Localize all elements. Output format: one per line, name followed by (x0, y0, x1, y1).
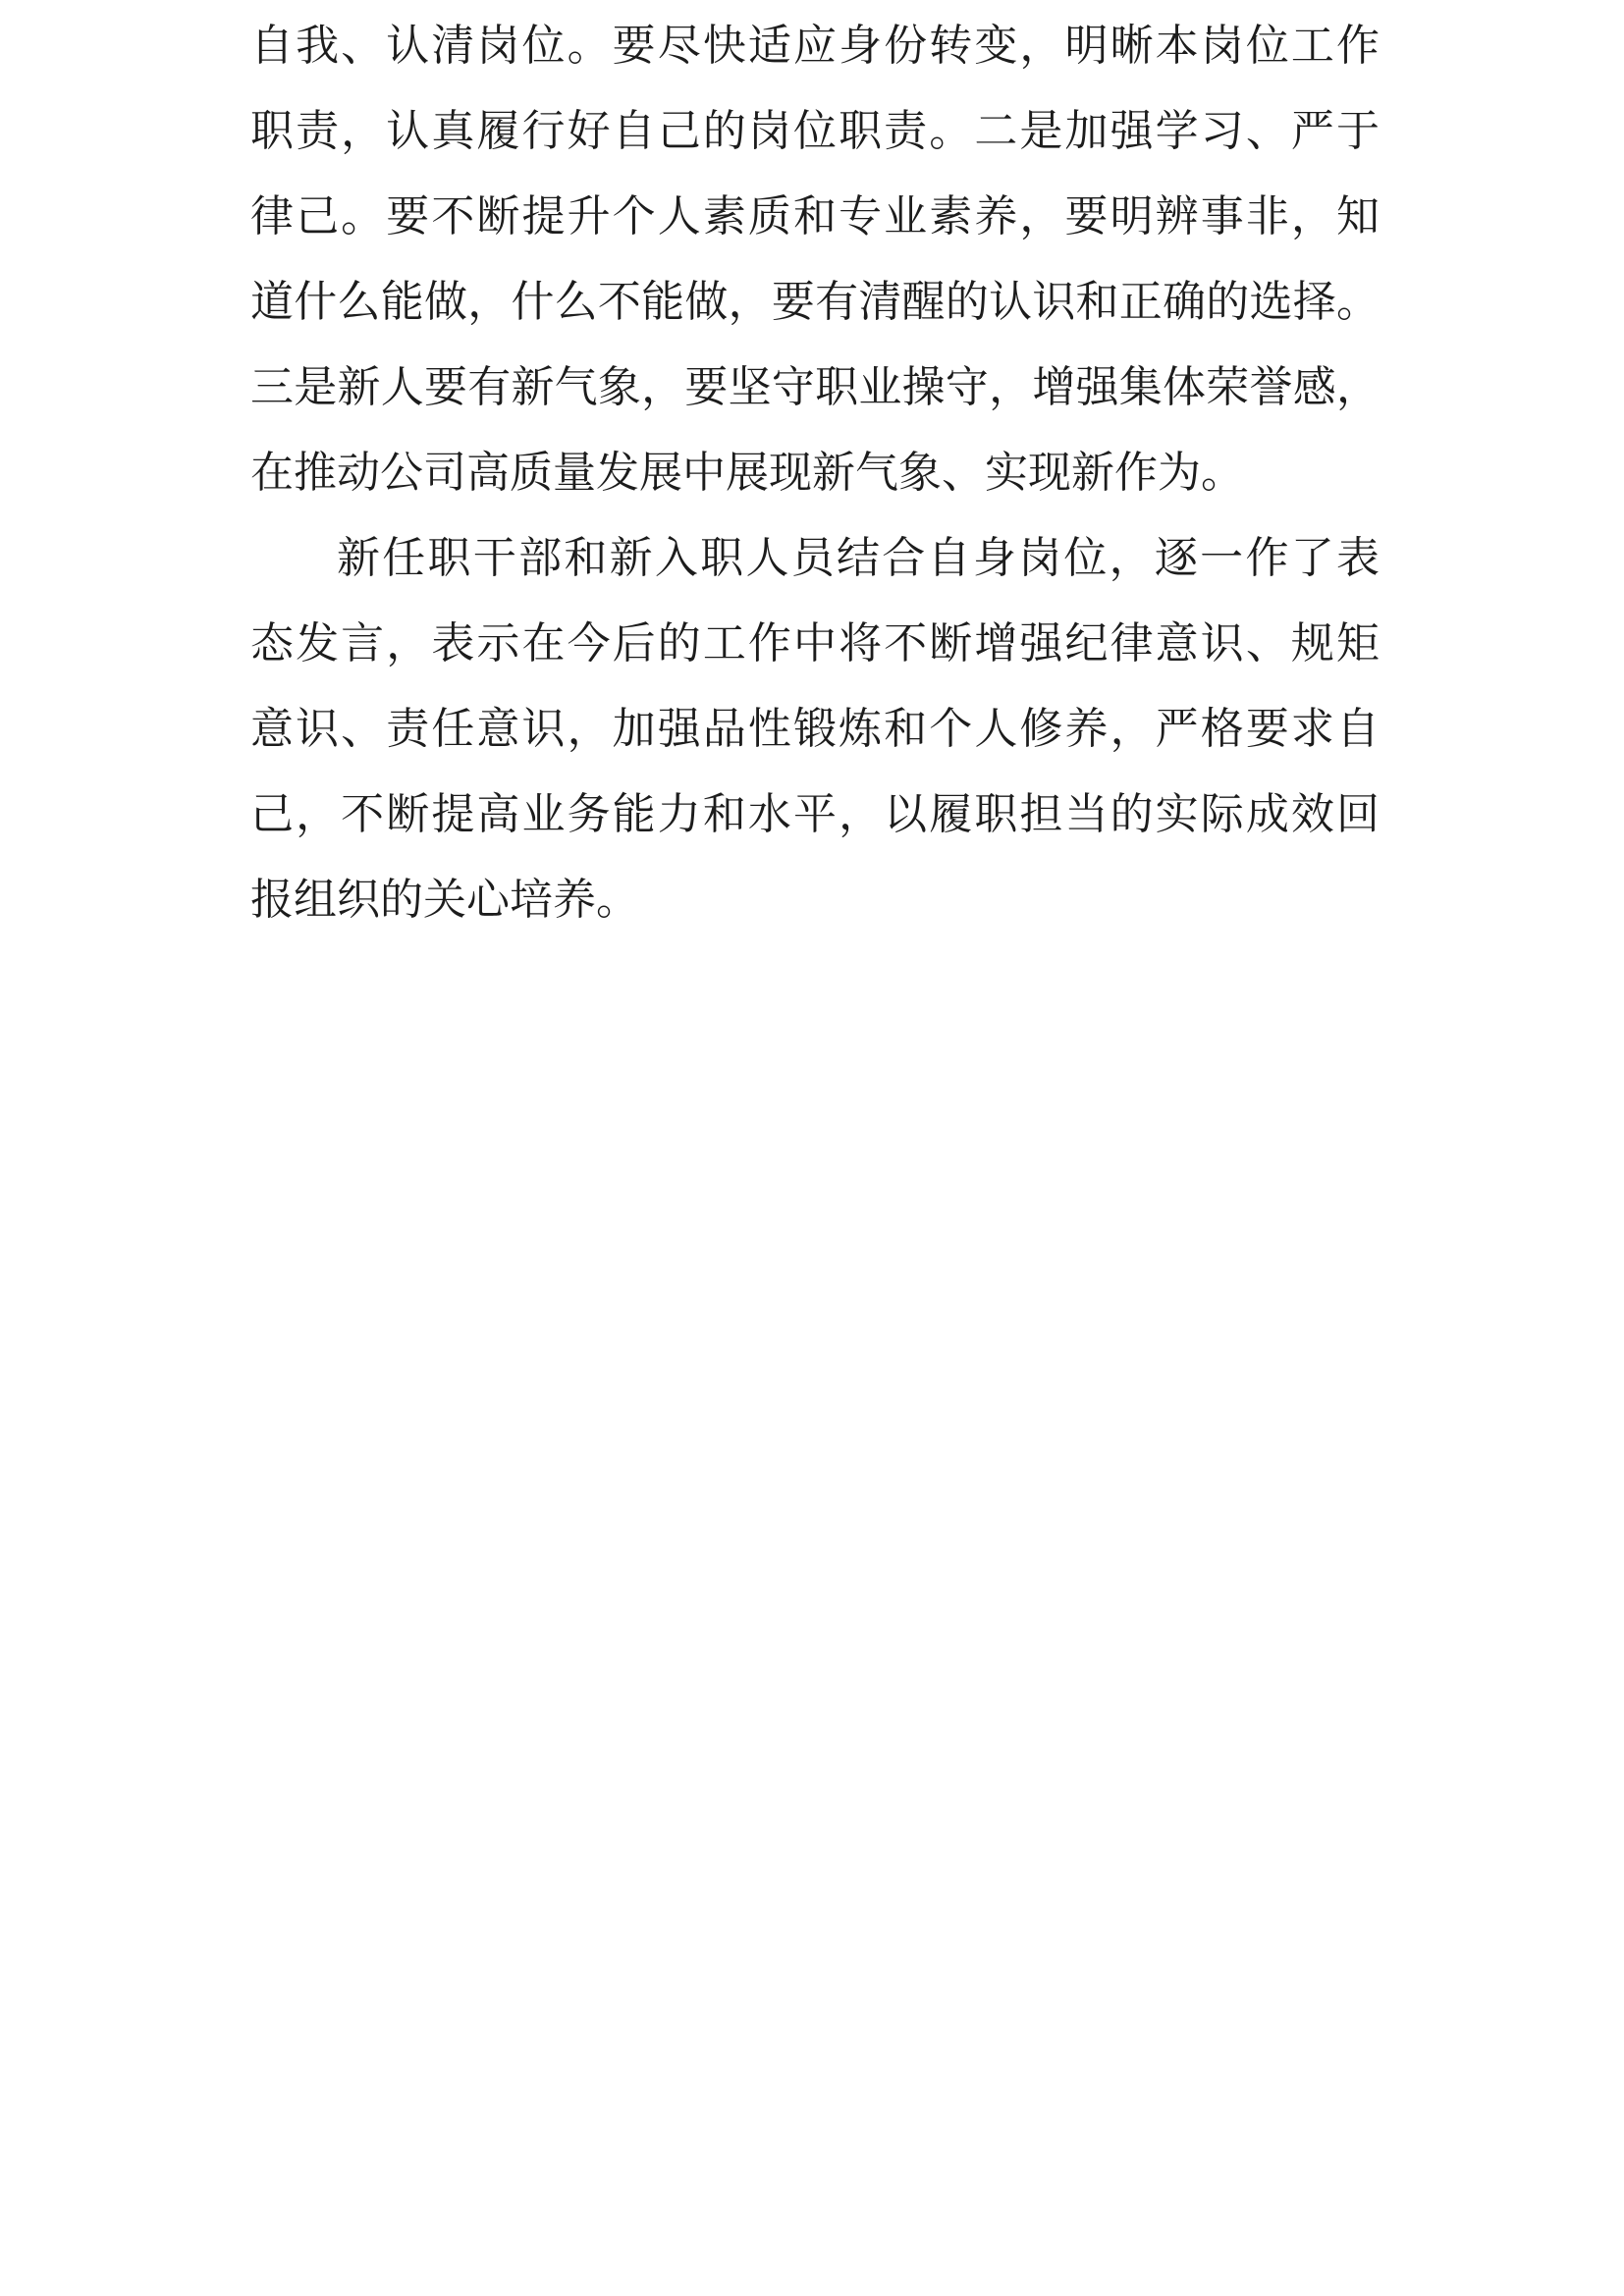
text-line: 三是新人要有新气象，要坚守职业操守，增强集体荣誉感， (250, 345, 1380, 430)
text-line: 职责，认真履行好自己的岗位职责。二是加强学习、严于 (250, 88, 1380, 174)
text-line: 报组织的关心培养。 (250, 857, 1380, 942)
text-line: 道什么能做，什么不能做，要有清醒的认识和正确的选择。 (250, 259, 1380, 345)
text-line: 在推动公司高质量发展中展现新气象、实现新作为。 (250, 430, 1380, 515)
text-line: 己，不断提高业务能力和水平，以履职担当的实际成效回 (250, 772, 1380, 857)
document-page: 自我、认清岗位。要尽快适应身份转变，明晰本岗位工作职责，认真履行好自己的岗位职责… (0, 0, 1624, 2296)
text-line: 新任职干部和新入职人员结合自身岗位，逐一作了表 (250, 515, 1380, 601)
document-body-text: 自我、认清岗位。要尽快适应身份转变，明晰本岗位工作职责，认真履行好自己的岗位职责… (250, 3, 1380, 942)
text-line: 态发言，表示在今后的工作中将不断增强纪律意识、规矩 (250, 601, 1380, 686)
text-line: 自我、认清岗位。要尽快适应身份转变，明晰本岗位工作 (250, 3, 1380, 88)
text-line: 意识、责任意识，加强品性锻炼和个人修养，严格要求自 (250, 686, 1380, 772)
text-line: 律己。要不断提升个人素质和专业素养，要明辨事非，知 (250, 174, 1380, 259)
